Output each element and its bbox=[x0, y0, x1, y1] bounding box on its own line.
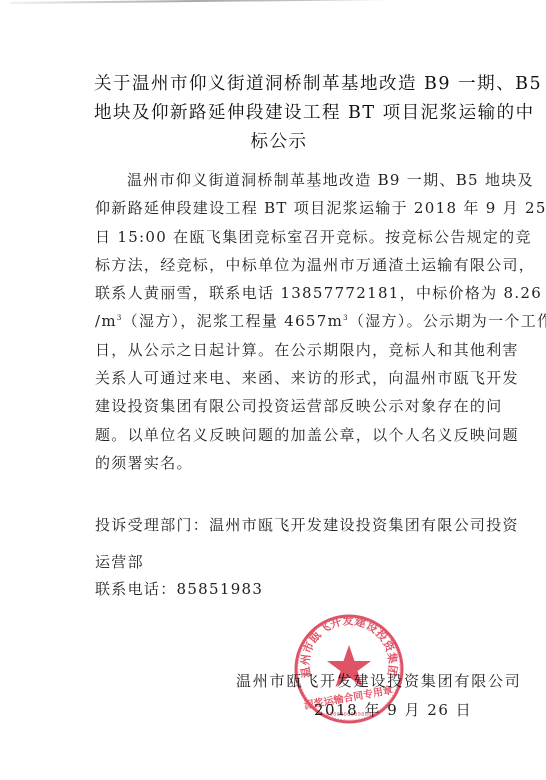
body-line-8: 关系人可通过来电、来函、来访的形式，向温州市瓯飞开发 bbox=[95, 364, 467, 392]
contact-phone: 联系电话：85851983 bbox=[95, 578, 263, 599]
volume-text: （湿方），泥浆工程量 4657m bbox=[123, 312, 343, 330]
document-page: 关于温州市仰义街道洞桥制革基地改造 B9 一期、B5 地块及仰新路延伸段建设工程… bbox=[0, 0, 546, 780]
unit-prefix: /m bbox=[95, 312, 117, 330]
body-line-4: 标方法，经竞标，中标单位为温州市万通渣土运输有限公司， bbox=[95, 251, 467, 279]
body-line-11: 的须署实名。 bbox=[95, 449, 467, 477]
body-line-7: 日，从公示之日起计算。在公示期限内，竞标人和其他利害 bbox=[95, 336, 467, 364]
body-line-9: 建设投资集团有限公司投资运营部反映公示对象存在的问 bbox=[95, 392, 467, 420]
svg-text:0000000000000: 0000000000000 bbox=[326, 712, 372, 718]
body-line-10: 题。以单位名义反映问题的加盖公章，以个人名义反映问题 bbox=[95, 421, 467, 449]
title-line-1: 关于温州市仰义街道洞桥制革基地改造 B9 一期、B5 bbox=[94, 70, 464, 99]
title-line-2: 地块及仰新路延伸段建设工程 BT 项目泥浆运输的中 bbox=[94, 99, 464, 128]
document-title: 关于温州市仰义街道洞桥制革基地改造 B9 一期、B5 地块及仰新路延伸段建设工程… bbox=[94, 70, 464, 157]
period-text: （湿方）。公示期为一个工作 bbox=[349, 312, 546, 330]
scan-edge-line bbox=[10, 0, 450, 4]
svg-text:泥浆运输合同专用章: 泥浆运输合同专用章 bbox=[303, 683, 394, 711]
complaint-line-1: 投诉受理部门：温州市瓯飞开发建设投资集团有限公司投资 bbox=[95, 507, 515, 544]
complaint-department: 投诉受理部门：温州市瓯飞开发建设投资集团有限公司投资 运营部 bbox=[95, 507, 515, 581]
body-line-5: 联系人黄丽雪，联系电话 13857772181，中标价格为 8.26 元 bbox=[95, 279, 467, 307]
body-line-6: /m3（湿方），泥浆工程量 4657m3（湿方）。公示期为一个工作 bbox=[95, 307, 467, 335]
title-line-3: 标公示 bbox=[94, 128, 464, 157]
complaint-line-2: 运营部 bbox=[95, 544, 515, 581]
red-star-seal-icon: 温州市瓯飞开发建设投资集团有限公司 泥浆运输合同专用章 000000000000… bbox=[293, 613, 405, 725]
body-line-1: 温州市仰义街道洞桥制革基地改造 B9 一期、B5 地块及 bbox=[95, 166, 467, 194]
body-line-3: 日 15:00 在瓯飞集团竞标室召开竞标。按竞标公告规定的竞 bbox=[95, 223, 467, 251]
body-line-2: 仰新路延伸段建设工程 BT 项目泥浆运输于 2018 年 9 月 25 bbox=[95, 194, 467, 222]
announcement-body: 温州市仰义街道洞桥制革基地改造 B9 一期、B5 地块及 仰新路延伸段建设工程 … bbox=[95, 166, 467, 477]
